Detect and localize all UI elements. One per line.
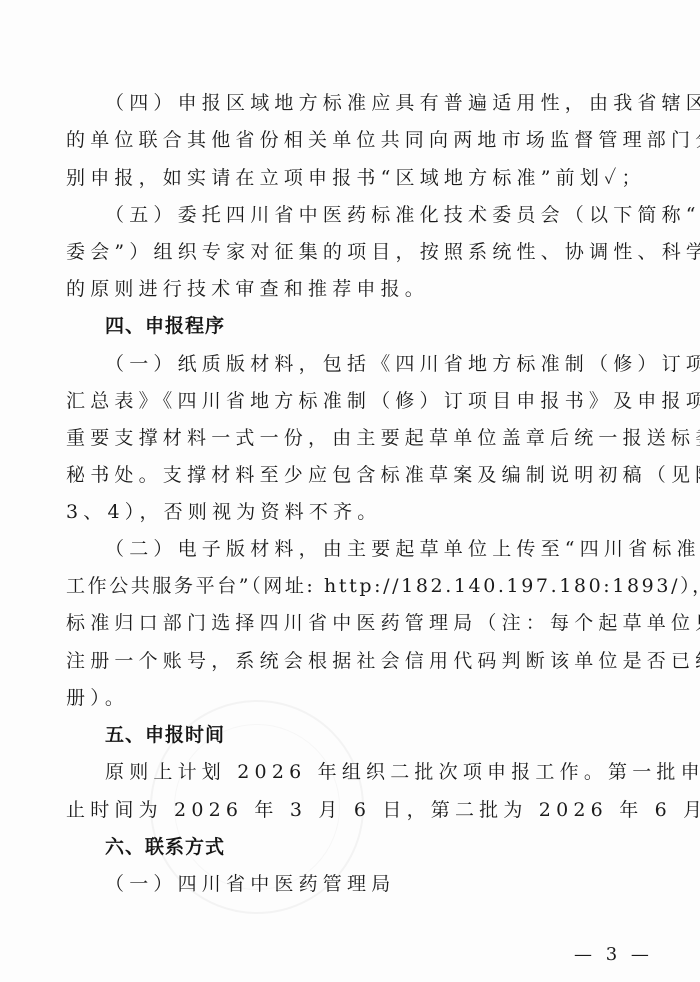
section-6-line-1: （一）四川省中医药管理局 — [105, 872, 653, 896]
paragraph-5-line-3: 的原则进行技术审查和推荐申报。 — [66, 277, 656, 301]
section-5-line-1: 原则上计划 2026 年组织二批次项申报工作。第一批申报截 — [105, 760, 653, 784]
section-4-item-2-line-2: 工作公共服务平台”（网址: http://182.140.197.180:189… — [66, 574, 656, 598]
section-4-item-1-line-4: 秘书处。支撑材料至少应包含标准草案及编制说明初稿（见附件 — [66, 463, 656, 487]
paragraph-5-line-1: （五）委托四川省中医药标准化技术委员会（以下简称“标 — [105, 203, 653, 227]
section-4-item-1-line-5: 3、4），否则视为资料不齐。 — [66, 500, 656, 524]
section-5-line-2: 止时间为 2026 年 3 月 6 日，第二批为 2026 年 6 月 26 日… — [66, 798, 656, 822]
section-5-heading: 五、申报时间 — [105, 723, 225, 747]
section-4-item-1-line-2: 汇总表》《四川省地方标准制（修）订项目申报书》及申报项目 — [66, 389, 656, 413]
section-4-item-2-line-3: 标准归口部门选择四川省中医药管理局（注：每个起草单位只能 — [66, 611, 656, 635]
section-4-item-2-line-5: 册）。 — [66, 686, 656, 710]
section-4-item-2-line-4: 注册一个账号，系统会根据社会信用代码判断该单位是否已经注 — [66, 649, 656, 673]
section-4-item-1-line-3: 重要支撑材料一式一份，由主要起草单位盖章后统一报送标委会 — [66, 426, 656, 450]
section-4-item-1-line-1: （一）纸质版材料，包括《四川省地方标准制（修）订项目 — [105, 352, 653, 376]
paragraph-4-line-3: 别申报，如实请在立项申报书“区域地方标准”前划✓； — [66, 166, 656, 190]
paragraph-5-line-2: 委会”）组织专家对征集的项目，按照系统性、协调性、科学性 — [66, 240, 656, 264]
section-4-item-2-line-1: （二）电子版材料，由主要起草单位上传至“四川省标准化 — [105, 537, 653, 561]
paragraph-4-line-2: 的单位联合其他省份相关单位共同向两地市场监督管理部门分 — [66, 128, 656, 152]
document-page: （四）申报区域地方标准应具有普遍适用性，由我省辖区内 的单位联合其他省份相关单位… — [0, 0, 700, 982]
page-number: — 3 — — [574, 944, 653, 965]
paragraph-4-line-1: （四）申报区域地方标准应具有普遍适用性，由我省辖区内 — [105, 91, 653, 115]
section-4-heading: 四、申报程序 — [105, 314, 225, 338]
section-6-heading: 六、联系方式 — [105, 835, 225, 859]
